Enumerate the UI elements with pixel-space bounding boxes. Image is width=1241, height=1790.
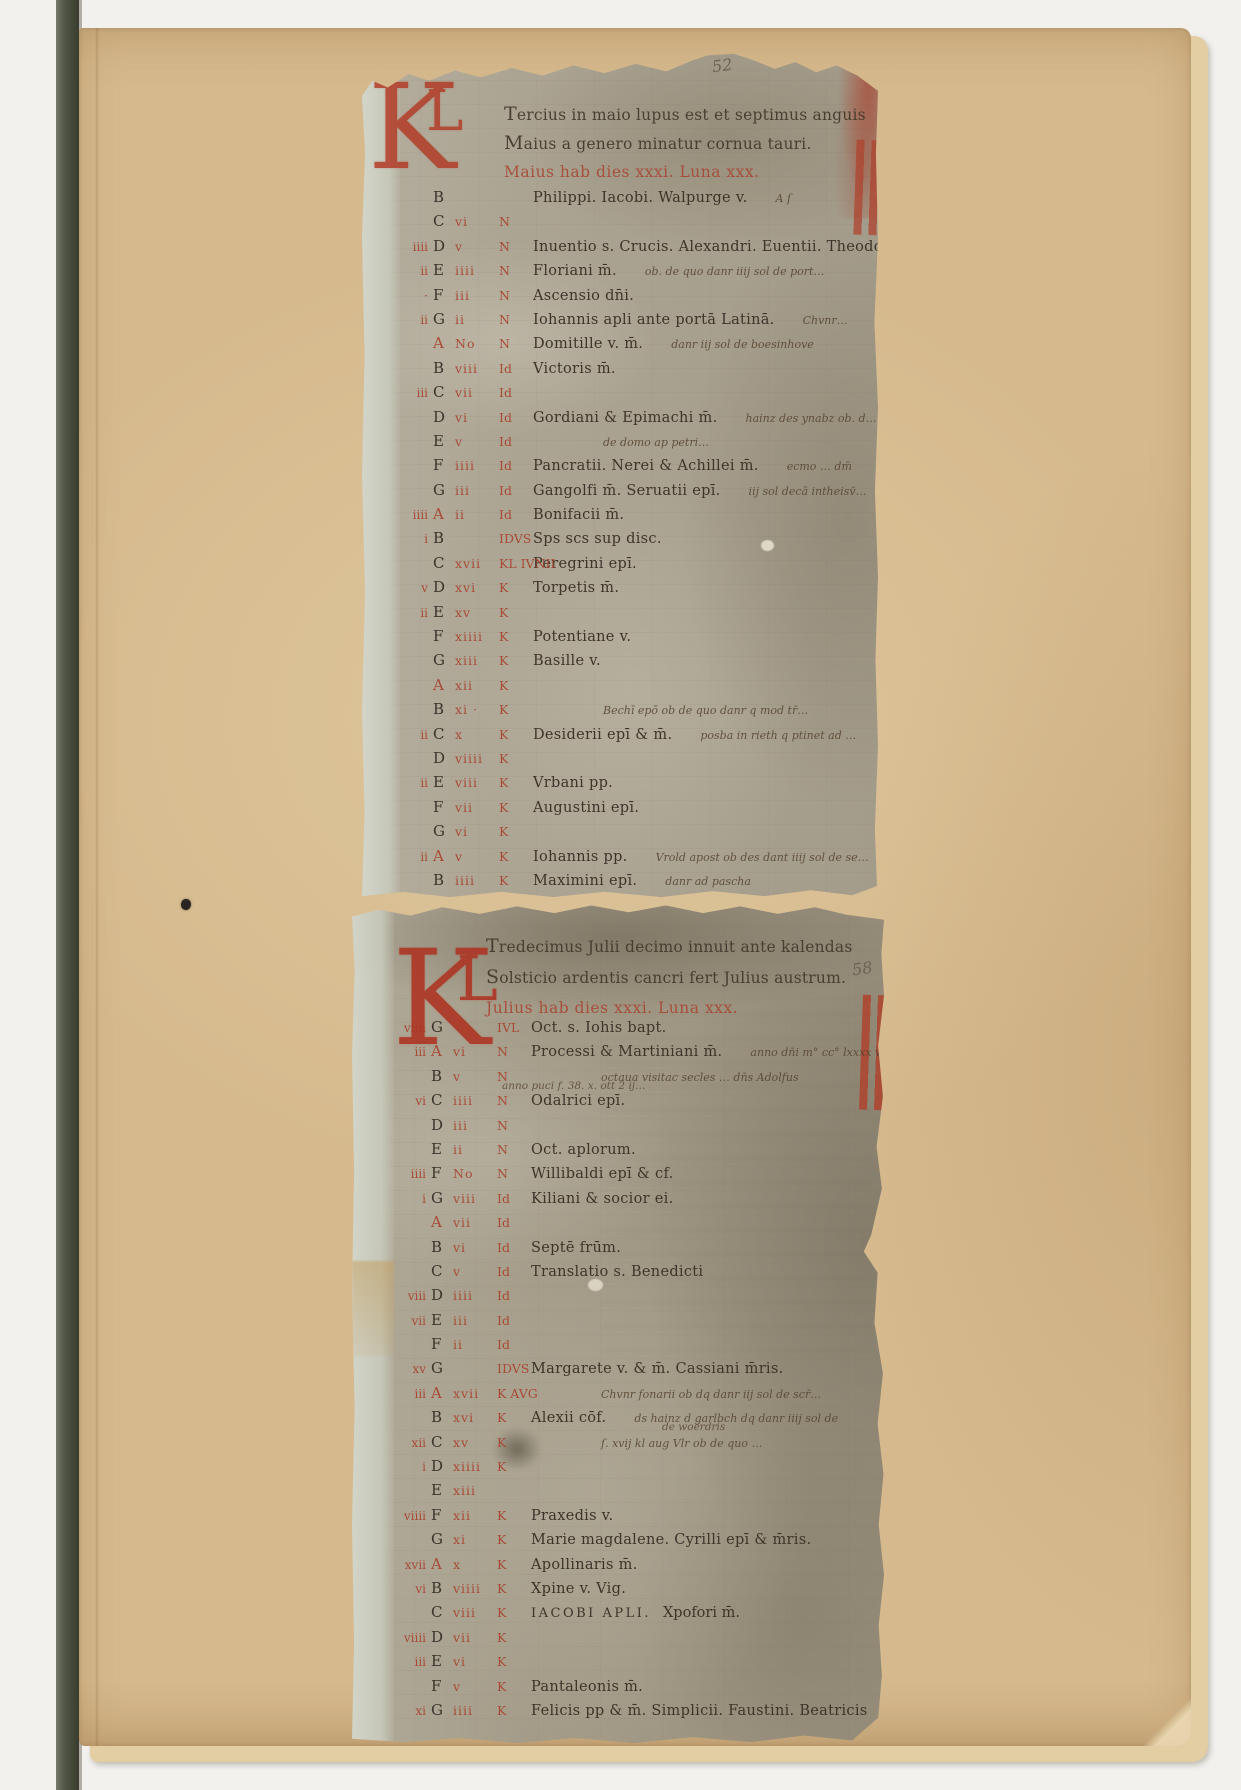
day-numeral: iii: [453, 1313, 497, 1328]
pencil-folio-number: 58: [851, 958, 874, 980]
calends-nones-ides-mark: IVL: [497, 1020, 531, 1035]
calendar-row: iiiiDvNInuentio s. Crucis. Alexandri. Eu…: [394, 237, 876, 261]
dominical-letter: B: [431, 1238, 453, 1256]
day-numeral: vi: [455, 824, 499, 839]
calends-nones-ides-mark: Id: [497, 1313, 531, 1328]
dominical-letter: E: [433, 603, 455, 621]
dominical-letter: A: [433, 505, 455, 523]
dominical-letter: G: [431, 1530, 453, 1548]
golden-number: iiii: [394, 508, 433, 522]
calendar-row: CxviiKL IVNIIPeregrini epī.: [394, 554, 876, 578]
calendar-row: iiiAxviiK AVGChvnr fonarii ob dq danr ii…: [392, 1384, 882, 1408]
calends-nones-ides-mark: N: [499, 214, 533, 229]
calends-nones-ides-mark: N: [497, 1142, 531, 1157]
calendar-row: EiiNOct. aplorum.: [392, 1140, 882, 1164]
day-numeral: x: [453, 1557, 497, 1572]
dominical-letter: C: [431, 1262, 453, 1280]
calends-nones-ides-mark: K: [497, 1435, 531, 1450]
golden-number: xi: [392, 1704, 431, 1718]
dominical-letter: C: [433, 383, 455, 401]
dominical-letter: F: [433, 456, 455, 474]
calendar-row: iiiiAiiIdBonifacii m̄.: [394, 505, 876, 529]
feast-entry: Alexii cōf.: [531, 1410, 606, 1426]
dominical-letter: C: [431, 1603, 453, 1621]
calends-nones-ides-mark: N: [499, 288, 533, 303]
calendar-row: BPhilippi. Iacobi. Walpurge v.A ſ: [394, 188, 876, 212]
verse-line-2: Maius a genero minatur cornua tauri.: [504, 129, 872, 158]
calends-nones-ides-mark: Id: [497, 1337, 531, 1352]
later-addition-note: ecmo … dm̄: [787, 460, 852, 473]
feast-entry: Iohannis pp.: [533, 849, 628, 865]
calends-nones-ides-mark: K: [499, 653, 533, 668]
day-numeral: xvii: [455, 556, 499, 571]
calendar-row: iiAvKIohannis pp.Vrold apost ob des dant…: [394, 847, 876, 871]
golden-number: ii: [394, 313, 433, 327]
dominical-letter: F: [431, 1164, 453, 1182]
calendar-row: GviK: [394, 822, 876, 846]
dominical-letter: D: [431, 1116, 453, 1134]
golden-number: iii: [392, 1655, 431, 1669]
dominical-letter: E: [431, 1311, 453, 1329]
dominical-letter: A: [433, 847, 455, 865]
feast-entry: Marie magdalene. Cyrilli epī & m̄ris.: [531, 1532, 811, 1548]
calendar-row: DviIdGordiani & Epimachi m̄.hainz des yn…: [394, 408, 876, 432]
calendar-row: xiiCxvKſ. xvij kl aug Vlr ob de quo …: [392, 1433, 882, 1457]
verse-line-1: Tercius in maio lupus est et septimus an…: [504, 100, 872, 129]
initial-letter-l: L: [457, 942, 498, 1015]
photographed-album-page: KL 52 Tercius in maio lupus est et septi…: [0, 0, 1241, 1790]
calends-nones-ides-mark: N: [499, 312, 533, 327]
page-crease: [95, 28, 99, 1746]
later-addition-note: Bechī epō ob de quo danr q mod tr̄…: [603, 704, 808, 717]
dominical-letter: E: [433, 773, 455, 791]
calends-nones-ides-mark: N: [497, 1166, 531, 1181]
golden-number: vi: [392, 1582, 431, 1596]
day-numeral: xi ·: [455, 702, 499, 717]
dominical-letter: E: [431, 1652, 453, 1670]
feast-entry: Willibaldi epī & cf.: [531, 1166, 674, 1182]
feast-entry: Xpine v. Vig.: [531, 1581, 626, 1597]
feast-entry: Domitille v. m̄.: [533, 336, 643, 352]
calendar-row: FxiiiiKPotentiane v.: [394, 627, 876, 651]
calends-nones-ides-mark: K: [499, 849, 533, 864]
calendar-row: BviIdSeptē frūm.: [392, 1238, 882, 1262]
calends-nones-ides-mark: K: [497, 1410, 531, 1425]
calendar-row: Bxi ·KBechī epō ob de quo danr q mod tr̄…: [394, 700, 876, 724]
dominical-letter: A: [433, 676, 455, 694]
later-addition-note: posba in rieth q ptinet ad …: [700, 729, 856, 742]
calends-nones-ides-mark: K: [499, 580, 533, 595]
dominical-letter: E: [433, 432, 455, 450]
kl-initial: KL: [392, 947, 498, 1053]
later-addition-note: de domo ap petri…: [603, 436, 709, 449]
dominical-letter: A: [433, 334, 455, 352]
golden-number: viii: [392, 1289, 431, 1303]
dominical-letter: C: [431, 1091, 453, 1109]
later-addition-note: Chvnr fonarii ob dq danr iij sol de scr̄…: [601, 1388, 821, 1401]
golden-number: ii: [394, 850, 433, 864]
feast-entry: Iohannis apli ante portā Latinā.: [533, 312, 775, 328]
day-numeral: v: [455, 239, 499, 254]
calendar-row: vDxviKTorpetis m̄.: [394, 578, 876, 602]
dominical-letter: D: [431, 1457, 453, 1475]
dominical-letter: G: [433, 651, 455, 669]
golden-number: iii: [392, 1387, 431, 1401]
day-numeral: iiii: [453, 1288, 497, 1303]
dominical-letter: C: [433, 725, 455, 743]
calends-nones-ides-mark: K: [499, 824, 533, 839]
calends-nones-ides-mark: K: [497, 1532, 531, 1547]
dominical-letter: D: [433, 749, 455, 767]
dominical-letter: G: [431, 1701, 453, 1719]
dominical-letter: G: [433, 481, 455, 499]
later-addition-note: hainz des ynabz ob. d…: [745, 412, 876, 425]
calendar-row: viBviiiiKXpine v. Vig.: [392, 1579, 882, 1603]
feast-entry: Odalrici epī.: [531, 1093, 625, 1109]
day-numeral: iiii: [455, 873, 499, 888]
calendar-row: Exiii: [392, 1481, 882, 1505]
day-numeral: viii: [453, 1605, 497, 1620]
feast-entry: Apollinaris m̄.: [531, 1557, 638, 1573]
feast-entry: Torpetis m̄.: [533, 580, 619, 596]
day-numeral: viii: [455, 775, 499, 790]
later-addition-note: A ſ: [776, 192, 792, 205]
day-numeral: x: [455, 727, 499, 742]
golden-number: iiii: [394, 240, 433, 254]
day-numeral: iiii: [453, 1093, 497, 1108]
calendar-row: DiiiN: [392, 1116, 882, 1140]
calends-nones-ides-mark: K: [499, 775, 533, 790]
dominical-letter: F: [431, 1677, 453, 1695]
calends-nones-ides-mark: Id: [497, 1215, 531, 1230]
golden-number: viiii: [392, 1509, 431, 1523]
verse-line-1: Tredecimus Julii decimo innuit ante kale…: [486, 931, 878, 962]
day-numeral: vi: [453, 1654, 497, 1669]
calends-nones-ides-mark: K: [499, 605, 533, 620]
later-addition-note: Vrold apost ob des dant iiij sol de se…: [656, 851, 869, 864]
day-numeral: v: [455, 434, 499, 449]
calends-nones-ides-mark: K: [499, 751, 533, 766]
day-numeral: vi: [453, 1240, 497, 1255]
day-numeral: iii: [453, 1118, 497, 1133]
calends-nones-ides-mark: K: [499, 800, 533, 815]
dominical-letter: B: [433, 871, 455, 889]
calends-nones-ides-mark: K: [497, 1459, 531, 1474]
calends-nones-ides-mark: N: [499, 336, 533, 351]
calendar-row: FvKPantaleonis m̄.: [392, 1677, 882, 1701]
calendar-row: viCiiiiNOdalrici epī.: [392, 1091, 882, 1115]
day-numeral: viii: [455, 361, 499, 376]
calendar-row: ANoNDomitille v. m̄.danr iij sol de boes…: [394, 334, 876, 358]
day-numeral: No: [455, 336, 499, 351]
feast-entry: Basille v.: [533, 653, 601, 669]
calends-nones-ides-mark: K: [499, 629, 533, 644]
later-addition-note: danr ad pascha: [665, 875, 751, 888]
calends-nones-ides-mark: K: [497, 1581, 531, 1596]
calends-nones-ides-mark: K: [499, 873, 533, 888]
dominical-letter: C: [433, 554, 455, 572]
calends-nones-ides-mark: Id: [499, 385, 533, 400]
golden-number: iii: [394, 386, 433, 400]
calendar-row: FviiKAugustini epī.: [394, 798, 876, 822]
calends-nones-ides-mark: K: [499, 678, 533, 693]
calendar-row: iiExvK: [394, 603, 876, 627]
dominical-letter: F: [431, 1335, 453, 1353]
calends-nones-ides-mark: N: [499, 239, 533, 254]
day-numeral: vi: [455, 214, 499, 229]
dominical-letter: E: [433, 261, 455, 279]
golden-number: xv: [392, 1362, 431, 1376]
day-numeral: v: [453, 1679, 497, 1694]
glue-stain: [352, 1261, 394, 1356]
day-numeral: xv: [455, 605, 499, 620]
day-numeral: viiii: [455, 751, 499, 766]
golden-number: i: [392, 1460, 431, 1474]
calends-nones-ides-mark: Id: [497, 1191, 531, 1206]
day-numeral: xiii: [453, 1483, 497, 1498]
feast-entry: Vrbani pp.: [533, 775, 613, 791]
feast-entry: Gordiani & Epimachi m̄.: [533, 410, 717, 426]
golden-number: ii: [394, 728, 433, 742]
golden-number: xii: [392, 1436, 431, 1450]
golden-number: iiii: [392, 1167, 431, 1181]
calendar-row: xviiAxKApollinaris m̄.: [392, 1555, 882, 1579]
dominical-letter: A: [431, 1384, 453, 1402]
dominical-letter: D: [431, 1286, 453, 1304]
day-numeral: iiii: [455, 263, 499, 278]
day-numeral: vii: [453, 1215, 497, 1230]
dominical-letter: C: [433, 212, 455, 230]
calendar-row: xiGiiiiKFelicis pp & m̄. Simplicii. Faus…: [392, 1701, 882, 1725]
dominical-letter: F: [433, 627, 455, 645]
golden-number: i: [392, 1192, 431, 1206]
dominical-letter: B: [433, 359, 455, 377]
calends-nones-ides-mark: IDVS: [499, 531, 533, 546]
day-numeral: xii: [455, 678, 499, 693]
feast-entry: Ascensio dn̄i.: [533, 288, 634, 304]
dominical-letter: G: [431, 1189, 453, 1207]
feast-entry: Oct. aplorum.: [531, 1142, 636, 1158]
feast-entry: Septē frūm.: [531, 1240, 621, 1256]
dominical-letter: G: [431, 1359, 453, 1377]
calendar-row: EvIdde domo ap petri…: [394, 432, 876, 456]
dominical-letter: G: [433, 310, 455, 328]
calends-nones-ides-mark: KL IVNII: [499, 556, 533, 571]
day-numeral: xvi: [453, 1410, 497, 1425]
feast-entry: Potentiane v.: [533, 629, 631, 645]
day-numeral: vi: [455, 410, 499, 425]
dominical-letter: B: [433, 700, 455, 718]
calendar-row: viiiiFxiiKPraxedis v.: [392, 1506, 882, 1530]
day-numeral: v: [453, 1264, 497, 1279]
calendar-row: iiiiFNoNWillibaldi epī & cf.: [392, 1164, 882, 1188]
day-numeral: xvii: [453, 1386, 497, 1401]
calendar-fragment-july: KL 58 Tredecimus Julii decimo innuit ant…: [352, 903, 884, 1743]
day-numeral: ii: [453, 1337, 497, 1352]
dominical-letter: F: [433, 286, 455, 304]
pencil-folio-number: 52: [711, 55, 734, 77]
may-calendar-rows: BPhilippi. Iacobi. Walpurge v.A ſCviNiii…: [394, 188, 876, 895]
calendar-row: GxiKMarie magdalene. Cyrilli epī & m̄ris…: [392, 1530, 882, 1554]
corner-fold: [1061, 1650, 1191, 1746]
dominical-letter: B: [431, 1408, 453, 1426]
day-numeral: iiii: [453, 1703, 497, 1718]
day-numeral: iii: [455, 483, 499, 498]
feast-entry: Oct. s. Iohis bapt.: [531, 1020, 667, 1036]
day-numeral: viiii: [453, 1581, 497, 1596]
dominical-letter: D: [431, 1628, 453, 1646]
feast-entry: Bonifacii m̄.: [533, 507, 624, 523]
calendar-row: iiiCviiId: [394, 383, 876, 407]
dominical-letter: D: [433, 408, 455, 426]
dominical-letter: F: [431, 1506, 453, 1524]
dominical-letter: B: [431, 1579, 453, 1597]
calendar-row: viiEiiiId: [392, 1311, 882, 1335]
day-numeral: xvi: [455, 580, 499, 595]
later-addition-note-line2: de woerdris: [662, 1421, 725, 1433]
calendar-row: FiiId: [392, 1335, 882, 1359]
golden-number: ii: [394, 776, 433, 790]
day-numeral: viii: [453, 1191, 497, 1206]
calendar-row: BviiiIdVictoris m̄.: [394, 359, 876, 383]
golden-number: vi: [392, 1094, 431, 1108]
calends-nones-ides-mark: Id: [497, 1240, 531, 1255]
golden-number: v: [394, 581, 433, 595]
calendar-row: AxiiK: [394, 676, 876, 700]
calendar-row: iiiEviK: [392, 1652, 882, 1676]
calendar-row: iGviiiIdKiliani & socior ei.: [392, 1189, 882, 1213]
later-addition-note: Chvnr…: [803, 314, 848, 327]
calends-nones-ides-mark: Id: [499, 483, 533, 498]
calendar-row: FiiiiIdPancratii. Nerei & Achillei m̄.ec…: [394, 456, 876, 480]
calends-nones-ides-mark: K: [497, 1679, 531, 1694]
dominical-letter: C: [431, 1433, 453, 1451]
kl-initial: KL: [368, 80, 463, 174]
feast-entry: Translatio s. Benedicti: [531, 1264, 703, 1280]
dominical-letter: A: [431, 1213, 453, 1231]
day-numeral: iii: [455, 288, 499, 303]
initial-letter-l: L: [426, 79, 463, 144]
day-numeral: vii: [453, 1630, 497, 1645]
calends-nones-ides-mark: K: [497, 1557, 531, 1572]
calendar-row: xvGIDVSMargarete v. & m̄. Cassiani m̄ris…: [392, 1359, 882, 1383]
golden-number: ii: [394, 606, 433, 620]
later-addition-note: iij sol decā intheisv̄…: [749, 485, 867, 498]
feast-entry: Floriani m̄.: [533, 263, 617, 279]
feast-entry: Praxedis v.: [531, 1508, 613, 1524]
day-numeral: No: [453, 1166, 497, 1181]
feast-entry: Margarete v. & m̄. Cassiani m̄ris.: [531, 1361, 784, 1377]
dominical-letter: D: [433, 237, 455, 255]
calendar-row: DviiiiK: [394, 749, 876, 773]
feast-entry-continued: Xpofori m̄.: [663, 1605, 740, 1621]
calendar-row: viiiiDviiK: [392, 1628, 882, 1652]
day-numeral: xi: [453, 1532, 497, 1547]
calends-nones-ides-mark: K AVG: [497, 1386, 531, 1401]
day-numeral: v: [455, 849, 499, 864]
feast-entry: Kiliani & socior ei.: [531, 1191, 674, 1207]
day-numeral: xv: [453, 1435, 497, 1450]
golden-number: xvii: [392, 1558, 431, 1572]
feast-entry: Victoris m̄.: [533, 361, 616, 377]
day-numeral: ii: [455, 312, 499, 327]
calends-nones-ides-mark: N: [497, 1118, 531, 1133]
day-numeral: ii: [455, 507, 499, 522]
day-numeral: ii: [453, 1142, 497, 1157]
calendar-row: AviiId: [392, 1213, 882, 1237]
calends-nones-ides-mark: K: [497, 1508, 531, 1523]
calends-nones-ides-mark: K: [497, 1630, 531, 1645]
day-numeral: vii: [455, 800, 499, 815]
day-numeral: xiiii: [455, 629, 499, 644]
calendar-row: GiiiIdGangolfi m̄. Seruatii epī.iij sol …: [394, 481, 876, 505]
calends-nones-ides-mark: K: [497, 1605, 531, 1620]
golden-number: vii: [392, 1314, 431, 1328]
feast-entry: Philippi. Iacobi. Walpurge v.: [533, 190, 748, 206]
feast-entry: IACOBI APLI.: [531, 1606, 651, 1621]
calendar-row: iiEviiiKVrbani pp.: [394, 773, 876, 797]
calendar-row: BxviKAlexii cōf.ds hainz d garlbch dq da…: [392, 1408, 882, 1432]
dominical-letter: A: [431, 1555, 453, 1573]
calends-nones-ides-mark: N: [499, 263, 533, 278]
dominical-letter: D: [433, 578, 455, 596]
calends-nones-ides-mark: IDVS: [497, 1361, 531, 1376]
month-rubric: Maius hab dies xxxi. Luna xxx.: [504, 158, 872, 186]
calendar-row: viiiDiiiiId: [392, 1286, 882, 1310]
dominical-letter: B: [433, 529, 455, 547]
binding-strip: [56, 0, 79, 1790]
golden-number: i: [394, 532, 433, 546]
calends-nones-ides-mark: N: [497, 1093, 531, 1108]
calendar-row: iDxiiiiK: [392, 1457, 882, 1481]
feast-entry: Maximini epī.: [533, 873, 637, 889]
feast-entry: Pantaleonis m̄.: [531, 1679, 643, 1695]
calends-nones-ides-mark: Id: [499, 507, 533, 522]
dominical-letter: F: [433, 798, 455, 816]
calends-nones-ides-mark: K: [499, 702, 533, 717]
golden-number: viiii: [392, 1631, 431, 1645]
calendar-row: iBIDVSSps scs sup disc.: [394, 529, 876, 553]
calends-nones-ides-mark: K: [499, 727, 533, 742]
calends-nones-ides-mark: Id: [499, 434, 533, 449]
july-calendar-rows: viiiiGIVLOct. s. Iohis bapt.iiiAviNProce…: [392, 1018, 882, 1725]
calends-nones-ides-mark: K: [497, 1703, 531, 1718]
later-addition-note: danr iij sol de boesinhove: [671, 338, 814, 351]
golden-number: ·: [394, 289, 433, 303]
calendar-row: CviN: [394, 212, 876, 236]
day-numeral: vii: [455, 385, 499, 400]
feast-entry: Felicis pp & m̄. Simplicii. Faustini. Be…: [531, 1703, 868, 1719]
calendar-fragment-may: KL 52 Tercius in maio lupus est et septi…: [362, 52, 878, 897]
calendar-row: CviiiKIACOBI APLI.Xpofori m̄.: [392, 1603, 882, 1627]
feast-entry: Processi & Martiniani m̄.: [531, 1044, 722, 1060]
calends-nones-ides-mark: Id: [499, 410, 533, 425]
day-numeral: iiii: [455, 458, 499, 473]
day-numeral: xiii: [455, 653, 499, 668]
later-addition-note: ſ. xvij kl aug Vlr ob de quo …: [601, 1437, 762, 1450]
calendar-row: GxiiiKBasille v.: [394, 651, 876, 675]
dominical-letter: G: [433, 822, 455, 840]
calends-nones-ides-mark: Id: [499, 361, 533, 376]
calendar-row: ·FiiiNAscensio dn̄i.: [394, 286, 876, 310]
later-addition-note-line2: anno puci f. 38. x. ott 2 ij…: [502, 1080, 646, 1092]
day-numeral: xiiii: [453, 1459, 497, 1474]
calendar-row: iiCxKDesiderii epī & m̄.posba in rieth q…: [394, 725, 876, 749]
feast-entry: Pancratii. Nerei & Achillei m̄.: [533, 458, 759, 474]
day-numeral: xii: [453, 1508, 497, 1523]
calends-nones-ides-mark: Id: [497, 1288, 531, 1303]
feast-entry: Inuentio s. Crucis. Alexandri. Euentii. …: [533, 239, 893, 255]
